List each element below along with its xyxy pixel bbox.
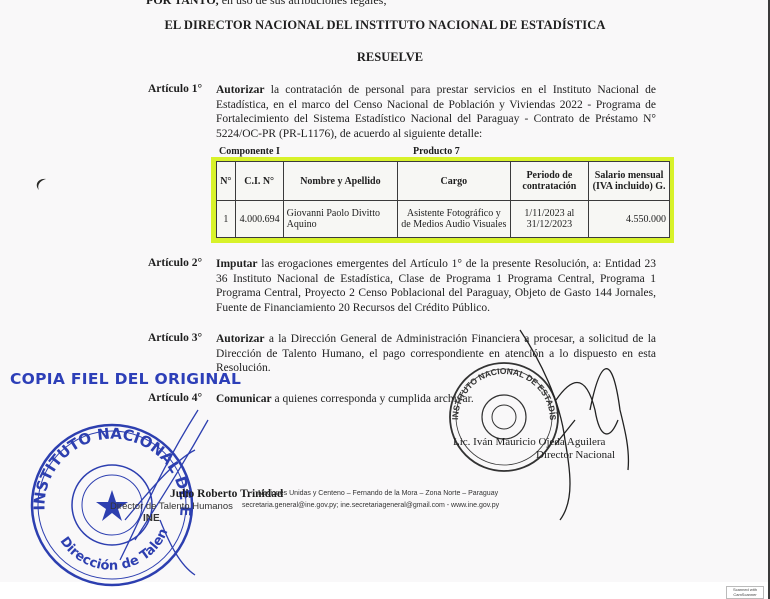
col-salario: Salario mensual (IVA incluido) G. <box>589 162 670 201</box>
copy-stamp: COPIA FIEL DEL ORIGINAL <box>10 370 241 388</box>
cell-salario: 4.550.000 <box>589 201 670 238</box>
footer-contacts: secretaria.general@ine.gov.py; ine.secre… <box>242 502 499 509</box>
cell-number: 1 <box>217 201 236 238</box>
cell-name: Giovanni Paolo Divitto Aquino <box>283 201 397 238</box>
article-3-body: Autorizar a la Dirección General de Admi… <box>216 332 656 376</box>
col-name: Nombre y Apellido <box>283 162 397 201</box>
document-title: EL DIRECTOR NACIONAL DEL INSTITUTO NACIO… <box>0 18 770 33</box>
col-cargo: Cargo <box>398 162 510 201</box>
hr-org: INE <box>143 513 160 524</box>
table-header-row: N° C.I. N° Nombre y Apellido Cargo Perio… <box>217 162 670 201</box>
article-3-label: Artículo 3° <box>148 332 202 344</box>
personnel-table: N° C.I. N° Nombre y Apellido Cargo Perio… <box>216 161 670 238</box>
article-4-label: Artículo 4° <box>148 392 202 404</box>
col-periodo: Periodo de contratación <box>510 162 589 201</box>
smudge-mark <box>34 177 48 191</box>
col-number: N° <box>217 162 236 201</box>
cell-cargo: Asistente Fotográfico y de Medios Audio … <box>398 201 510 238</box>
hr-director-title: Director de Talento Humanos <box>110 501 233 512</box>
article-2-label: Artículo 2° <box>148 257 202 269</box>
cell-ci: 4.000.694 <box>235 201 283 238</box>
footer-address: Naciones Unidas y Centeno – Fernando de … <box>258 490 498 497</box>
cell-periodo: 1/11/2023 al 31/12/2023 <box>510 201 589 238</box>
director-name: Lic. Iván Mauricio Ojeda Aguilera <box>453 436 605 448</box>
component-label: Componente I <box>219 146 280 157</box>
article-1-body: Autorizar la contratación de personal pa… <box>216 83 656 141</box>
director-title: Director Nacional <box>536 449 615 461</box>
article-1-label: Artículo 1° <box>148 83 202 95</box>
intro-text: POR TANTO, en uso de sus atribuciones le… <box>146 0 387 8</box>
resuelve-heading: RESUELVE <box>0 50 770 65</box>
product-label: Producto 7 <box>413 146 460 157</box>
col-ci: C.I. N° <box>235 162 283 201</box>
scanner-badge: Scanned with CamScanner <box>726 586 764 599</box>
table-row: 1 4.000.694 Giovanni Paolo Divitto Aquin… <box>217 201 670 238</box>
article-2-body: Imputar las erogaciones emergentes del A… <box>216 257 656 315</box>
article-4-body: Comunicar a quienes corresponda y cumpli… <box>216 392 656 407</box>
